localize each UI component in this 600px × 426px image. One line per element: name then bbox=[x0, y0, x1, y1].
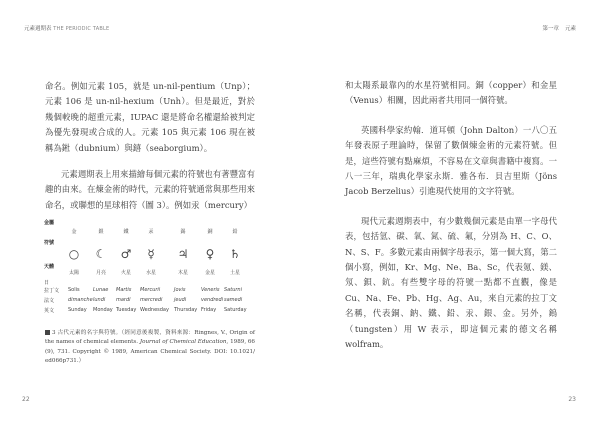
day-label-row: 日 bbox=[44, 279, 264, 287]
day-cell: vendredi bbox=[201, 297, 223, 303]
day-cell: jeudi bbox=[174, 297, 186, 303]
day-cell: Veneris bbox=[201, 287, 220, 293]
figure-caption: 3 古代元素的名字與符號。（經同意後複製，資料來源：Ringnes, V., O… bbox=[45, 329, 255, 367]
day-label: 日 bbox=[44, 279, 49, 286]
figure-alchemy-symbols: 金屬 金 銀 鐵 汞 錫 銅 鉛 符號 ○ ☾ ♂ ☿ ♃ ♀ ♄ 天體 太陽 … bbox=[44, 219, 264, 317]
running-head-right: 第一章元素 bbox=[542, 24, 576, 32]
body-text: 現代元素週期表中，有少數幾個元素是由單一字母代表，包括氫、碳、氧、氮、硫、氟，分… bbox=[345, 214, 557, 353]
saturn-symbol-icon: ♄ bbox=[218, 247, 252, 261]
day-cell: dimanche bbox=[68, 297, 93, 303]
day-cell: Saturday bbox=[224, 307, 247, 313]
mercury-symbol-icon: ☿ bbox=[134, 247, 168, 261]
book-title-zh: 元素週期表 bbox=[24, 26, 52, 32]
day-cell: Martis bbox=[116, 287, 131, 293]
day-cell: Tuesday bbox=[116, 307, 136, 313]
day-cell: Wednesday bbox=[140, 307, 169, 313]
left-paragraph-2: 元素週期表上用來描繪每個元素的符號也有著豐富有趣的由來。在煉金術的時代，元素的符… bbox=[45, 167, 255, 213]
lang-label-latin: 拉丁文 bbox=[44, 287, 59, 294]
metals-row: 金 銀 鐵 汞 錫 銅 鉛 bbox=[44, 228, 264, 239]
symbol-label: 符號 bbox=[44, 239, 54, 246]
day-cell: Lunae bbox=[93, 287, 108, 293]
figure-marker-icon bbox=[45, 330, 50, 335]
lang-label-french: 法文 bbox=[44, 297, 54, 304]
symbols-row: ○ ☾ ♂ ☿ ♃ ♀ ♄ bbox=[44, 247, 264, 263]
day-cell: Jovis bbox=[174, 287, 186, 293]
day-cell: mercredi bbox=[140, 297, 162, 303]
body-text: 命名。例如元素 105，就是 un-nil-pentium（Unp）；元素 10… bbox=[45, 79, 255, 156]
running-head-left: 元素週期表 THE PERIODIC TABLE bbox=[24, 24, 109, 32]
left-page: 元素週期表 THE PERIODIC TABLE 命名。例如元素 105，就是 … bbox=[0, 0, 300, 426]
metal-label-row: 金屬 bbox=[44, 219, 264, 228]
french-days-row: 法文 dimanche lundi mardi mercredi jeudi v… bbox=[44, 297, 264, 307]
page-number-left: 22 bbox=[22, 396, 30, 403]
book-title-en: THE PERIODIC TABLE bbox=[53, 26, 109, 32]
bodies-row: 太陽 月亮 火星 水星 木星 金星 土星 bbox=[44, 269, 264, 279]
right-text-block: 和太陽系最靠內的水星符號相同。銅（copper）和金星（Venus）相關，因此兩… bbox=[345, 78, 557, 353]
english-days-row: 英文 Sunday Monday Tuesday Wednesday Thurs… bbox=[44, 307, 264, 317]
metal-lead: 鉛 bbox=[218, 228, 252, 235]
day-cell: mardi bbox=[116, 297, 131, 303]
section-label: 元素 bbox=[565, 26, 576, 32]
metal-mercury: 汞 bbox=[134, 228, 168, 235]
day-cell: samedi bbox=[224, 297, 242, 303]
symbol-label-row: 符號 bbox=[44, 239, 264, 247]
right-page: 第一章元素 和太陽系最靠內的水星符號相同。銅（copper）和金星（Venus）… bbox=[300, 0, 600, 426]
body-text: 和太陽系最靠內的水星符號相同。銅（copper）和金星（Venus）相關，因此兩… bbox=[345, 78, 557, 109]
day-cell: Monday bbox=[93, 307, 113, 313]
day-cell: Friday bbox=[201, 307, 216, 313]
body-saturn: 土星 bbox=[218, 269, 252, 276]
day-cell: lundi bbox=[93, 297, 105, 303]
body-text: 元素週期表上用來描繪每個元素的符號也有著豐富有趣的由來。在煉金術的時代，元素的符… bbox=[45, 167, 255, 213]
page-number-right: 23 bbox=[568, 396, 576, 403]
body-text: 英國科學家約翰．道耳頓（John Dalton）一八〇五年發表原子理論時，保留了… bbox=[345, 123, 557, 200]
day-cell: Thursday bbox=[174, 307, 197, 313]
day-cell: Saturni bbox=[224, 287, 242, 293]
latin-days-row: 拉丁文 Solis Lunae Martis Mercurii Jovis Ve… bbox=[44, 287, 264, 297]
metal-label: 金屬 bbox=[44, 219, 54, 226]
caption-journal: Journal of Chemical Education, bbox=[140, 339, 228, 345]
day-cell: Sunday bbox=[68, 307, 87, 313]
day-cell: Solis bbox=[68, 287, 80, 293]
chapter-label: 第一章 bbox=[542, 26, 559, 32]
body-mercury: 水星 bbox=[134, 269, 168, 276]
figure-number: 3 bbox=[52, 330, 56, 336]
day-cell: Mercurii bbox=[140, 287, 160, 293]
lang-label-english: 英文 bbox=[44, 307, 54, 314]
left-paragraph-1: 命名。例如元素 105，就是 un-nil-pentium（Unp）；元素 10… bbox=[45, 79, 255, 156]
